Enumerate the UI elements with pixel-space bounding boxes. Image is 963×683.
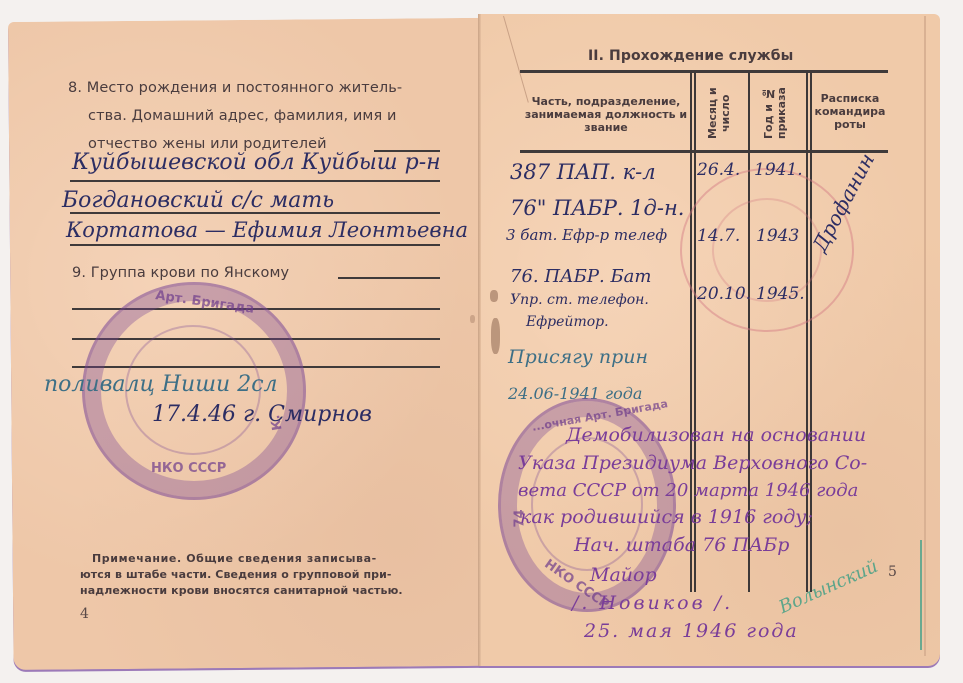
row3-date: 20.10. [697,284,751,304]
page-number-right: 5 [888,564,897,580]
page-edge [924,16,926,656]
book-spine [478,14,481,666]
row3-unit-line1: 76. ПАБР. Бат [510,266,652,287]
oath-line1: Присягу прин [508,346,648,368]
item8-label-line1: 8. Место рождения и постоянного житель- [68,80,402,96]
item8-handwritten-line1: Куйбышевской обл Куйбыш р-н [72,150,441,175]
row2-date: 14.7. [697,226,740,246]
note-line3: надлежности крови вносятся санитарной ча… [80,584,403,597]
column-header-month-day: Месяц и число [706,80,736,146]
item9-label: 9. Группа крови по Янскому [72,265,289,281]
demob-line1: Демобилизован на основании [566,424,866,446]
stamp-text-bottom: НКО СССР [151,461,226,476]
commander-rank: Майор [590,564,657,586]
row3-unit-line3: Ефрейтор. [526,314,609,330]
green-pen-line [920,540,922,650]
row1-date: 26.4. [697,160,740,180]
demob-line3: вета СССР от 20 марта 1946 года [518,480,858,501]
column-header-unit: Часть, подразделение, занимаемая должнос… [524,95,688,134]
commander-title: Нач. штаба 76 ПАБр [574,534,789,556]
row1-unit: 387 ПАП. к-л [510,160,656,184]
form-line [338,277,440,279]
item8-label-line2: ства. Домашний адрес, фамилия, имя и [88,108,397,124]
page-number-left: 4 [80,606,89,622]
commander-name: /. Новиков /. [572,592,733,614]
row3-unit-line2: Упр. ст. телефон. [510,292,649,308]
form-line [70,180,440,182]
item8-handwritten-line3: Кортатова — Ефимия Леонтьевна [66,218,468,242]
row1-year: 1941. [754,160,803,180]
item8-handwritten-line2: Богдановский с/с мать [62,188,334,213]
note-line2: ются в штабе части. Сведения о групповой… [80,568,392,581]
demob-line4: как родившийся в 1916 году; [520,506,813,528]
row2-year: 1943 [756,226,799,246]
item9-handwritten-line2: 17.4.46 г. Смирнов [152,402,372,427]
stain [470,315,475,323]
form-line [70,244,440,246]
column-header-commander-signature: Расписка командира роты [814,92,886,131]
table-top-rule [520,70,888,73]
item9-handwritten-line1: поливалц Ниши 2сл [44,372,278,397]
demob-line2: Указа Президиума Верховного Со- [518,452,867,474]
row2-unit-line1: 76" ПАБР. 1д-н. [510,196,684,220]
column-header-year-order: Год и № приказа [762,80,792,146]
note-line1: Примечание. Общие сведения записыва- [92,552,377,565]
demob-date: 25. мая 1946 года [584,620,799,642]
row2-unit-line2: 3 бат. Ефр-р телеф [506,226,667,244]
stamp-text-top: Арт. Бригада [154,288,255,317]
table-header-rule [520,150,888,153]
section-title: II. Прохождение службы [588,48,793,64]
stain [491,318,500,354]
form-line [70,212,440,214]
row3-year: 1945. [756,284,805,304]
stain [490,290,498,302]
